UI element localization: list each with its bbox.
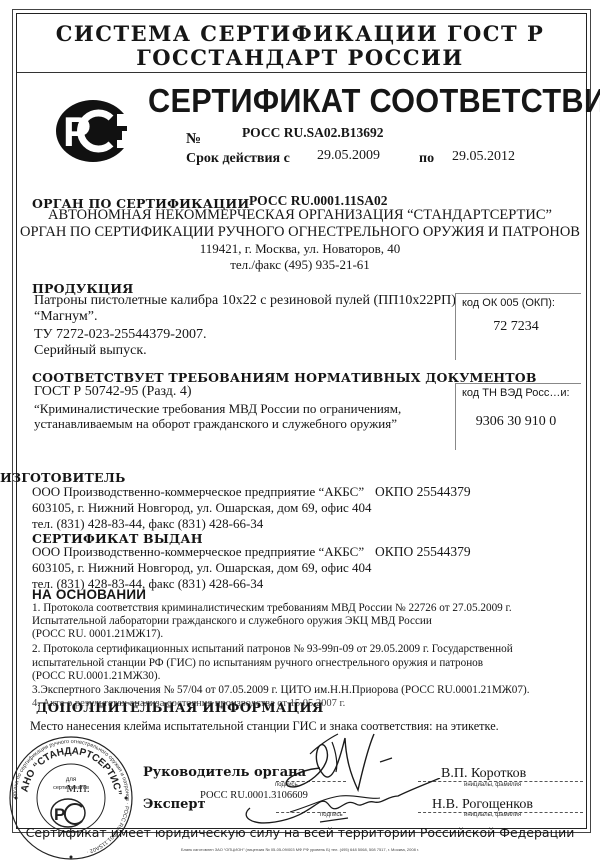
okp-code-label: код ОК 005 (ОКП):	[462, 297, 555, 309]
certificate-number: РОСС RU.SA02.B13692	[242, 125, 383, 141]
certification-body-name: АВТОНОМНАЯ НЕКОММЕРЧЕСКАЯ ОРГАНИЗАЦИЯ “С…	[0, 207, 600, 223]
basis-line: 2. Протокола сертификационных испытаний …	[32, 642, 513, 657]
validity-label: Срок действия с	[186, 151, 290, 167]
number-label: №	[186, 131, 201, 148]
organization-seal-icon: органа по сертификации ручного огнестрел…	[8, 735, 134, 861]
issued-to-name: ООО Производственно-коммерческое предпри…	[32, 544, 364, 559]
manufacturer-address: 603105, г. Нижний Новгород, ул. Ошарская…	[32, 500, 372, 515]
system-title-line1: СИСТЕМА СЕРТИФИКАЦИИ ГОСТ Р	[0, 22, 600, 46]
manufacturer-phone: тел. (831) 428-83-44, факс (831) 428-66-…	[32, 516, 263, 531]
product-line: ТУ 7272-023-25544379-2007.	[34, 327, 206, 343]
svg-text:P: P	[54, 805, 65, 824]
certification-body-address: 119421, г. Москва, ул. Новаторов, 40	[0, 241, 600, 257]
compliance-line: устанавливаемым на оборот гражданского и…	[34, 416, 397, 431]
additional-info-label: ДОПОЛНИТЕЛЬНАЯ ИНФОРМАЦИЯ	[36, 701, 324, 716]
head-of-body-name: В.П. Коротков	[441, 766, 526, 782]
certification-body-phone: тел./факс (495) 935-21-61	[0, 257, 600, 273]
blank-print-note: Бланк изготовлен ЗАО “ОПЦИОН” (лицензия …	[0, 847, 600, 852]
manufacturer-label: ИЗГОТОВИТЕЛЬ	[0, 470, 126, 485]
legal-validity-statement: Сертификат имеет юридическую силу на все…	[0, 825, 600, 840]
certification-body-scope: ОРГАН ПО СЕРТИФИКАЦИИ РУЧНОГО ОГНЕСТРЕЛЬ…	[0, 224, 600, 240]
head-name-caption: инициалы, фамилия	[464, 782, 521, 788]
product-line: “Магнум”.	[34, 309, 98, 325]
issued-to-okpo: ОКПО 25544379	[375, 544, 471, 560]
product-line: Патроны пистолетные калибра 10х22 с рези…	[34, 293, 456, 309]
system-title-line2: ГОССТАНДАРТ РОССИИ	[0, 46, 600, 70]
issued-to-address: 603105, г. Нижний Новгород, ул. Ошарская…	[32, 560, 372, 575]
rst-gost-mark-icon: P	[55, 96, 135, 166]
manufacturer-name: ООО Производственно-коммерческое предпри…	[32, 484, 364, 499]
valid-to-label: по	[419, 151, 434, 167]
product-line: Серийный выпуск.	[34, 343, 147, 359]
header-divider	[17, 72, 586, 73]
valid-to-date: 29.05.2012	[452, 149, 515, 165]
stamp-center-sub: М.П.	[66, 783, 89, 795]
expert-label: Эксперт	[143, 797, 206, 812]
tn-ved-code-value: 9306 30 910 0	[456, 414, 576, 430]
document-title: СЕРТИФИКАТ СООТВЕТСТВИЯ	[148, 82, 600, 120]
expert-name-caption: инициалы, фамилия	[464, 812, 521, 818]
basis-label: НА ОСНОВАНИИ	[32, 587, 146, 602]
manufacturer-okpo: ОКПО 25544379	[375, 484, 471, 500]
basis-line: (РОСС RU.0001.21МЖ30).	[32, 669, 160, 684]
compliance-line: “Криминалистические требования МВД Росси…	[34, 401, 401, 416]
okp-code-box: код ОК 005 (ОКП): 72 7234	[455, 293, 581, 360]
okp-code-value: 72 7234	[456, 319, 576, 335]
tn-ved-code-label: код ТН ВЭД Росс…и:	[462, 387, 570, 399]
basis-line: (РОСС RU. 0001.21МЖ17).	[32, 627, 163, 642]
tn-ved-code-box: код ТН ВЭД Росс…и: 9306 30 910 0	[455, 383, 581, 450]
compliance-line: ГОСТ Р 50742-95 (Разд. 4)	[34, 384, 192, 400]
valid-from-date: 29.05.2009	[317, 148, 380, 164]
